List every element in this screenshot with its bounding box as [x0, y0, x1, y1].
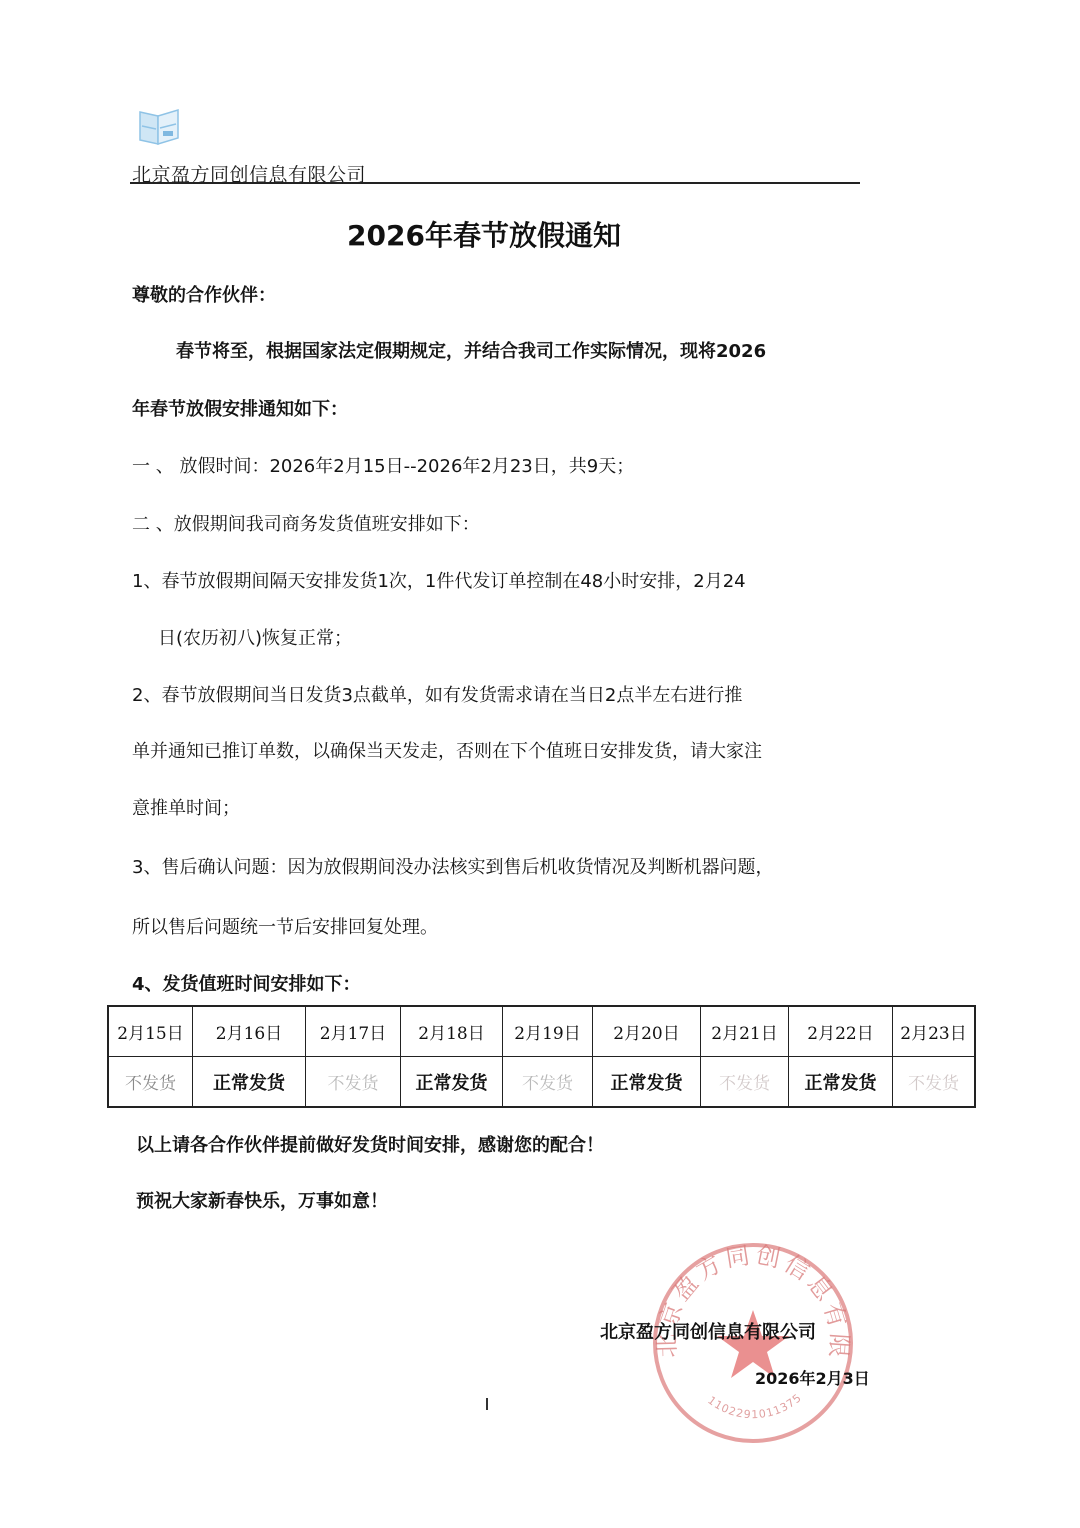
- table-status-cell: 不发货: [893, 1057, 974, 1106]
- table-date-cell: 2月17日: [306, 1007, 401, 1057]
- table-status-cell: 正常发货: [401, 1057, 503, 1106]
- table-date-cell: 2月19日: [503, 1007, 593, 1057]
- table-status-cell: 不发货: [503, 1057, 593, 1106]
- item-3-line-2: 所以售后问题统一节后安排回复处理。: [132, 913, 438, 939]
- signature-company: 北京盈方同创信息有限公司: [600, 1318, 816, 1344]
- table-date-cell: 2月21日: [701, 1007, 789, 1057]
- intro-line-2: 年春节放假安排通知如下：: [132, 395, 348, 421]
- table-date-cell: 2月15日: [109, 1007, 193, 1057]
- section-2-heading: 二 、放假期间我司商务发货值班安排如下：: [132, 510, 480, 536]
- table-date-cell: 2月18日: [401, 1007, 503, 1057]
- document-title: 2026年春节放假通知: [0, 214, 968, 254]
- item-2-line-2: 单并通知已推订单数，以确保当天发走，否则在下个值班日安排发货，请大家注: [132, 737, 762, 763]
- table-status-cell: 不发货: [701, 1057, 789, 1106]
- table-date-cell: 2月22日: [789, 1007, 893, 1057]
- table-status-cell: 正常发货: [193, 1057, 306, 1106]
- item-2-line-3: 意推单时间；: [132, 794, 240, 820]
- intro-line-1: 春节将至，根据国家法定假期规定，并结合我司工作实际情况，现将2026: [176, 337, 766, 363]
- table-status-cell: 正常发货: [789, 1057, 893, 1106]
- table-date-cell: 2月20日: [593, 1007, 701, 1057]
- table-status-cell: 不发货: [109, 1057, 193, 1106]
- table-status-cell: 不发货: [306, 1057, 401, 1106]
- item-3-line-1: 3、售后确认问题：因为放假期间没办法核实到售后机收货情况及判断机器问题，: [132, 853, 773, 879]
- item-1-line-2: 日(农历初八)恢复正常；: [158, 624, 352, 650]
- table-date-cell: 2月23日: [893, 1007, 974, 1057]
- table-status-cell: 正常发货: [593, 1057, 701, 1106]
- item-4-heading: 4、发货值班时间安排如下：: [132, 970, 361, 996]
- signature-date: 2026年2月3日: [755, 1366, 870, 1389]
- item-1-line-1: 1、春节放假期间隔天安排发货1次，1件代发订单控制在48小时安排，2月24: [132, 567, 746, 593]
- salutation: 尊敬的合作伙伴：: [132, 281, 276, 307]
- table-date-cell: 2月16日: [193, 1007, 306, 1057]
- company-logo-icon: [136, 104, 182, 150]
- section-1-holiday-period: 一 、 放假时间：2026年2月15日--2026年2月23日，共9天；: [132, 452, 634, 478]
- closing-line-2: 预祝大家新春快乐，万事如意！: [136, 1187, 388, 1213]
- shipping-schedule-table: 2月15日 2月16日 2月17日 2月18日 2月19日 2月20日 2月21…: [107, 1005, 976, 1108]
- page-number-mark: [486, 1398, 488, 1410]
- header-divider: [130, 182, 860, 184]
- closing-line-1: 以上请各合作伙伴提前做好发货时间安排，感谢您的配合！: [136, 1131, 604, 1157]
- item-2-line-1: 2、春节放假期间当日发货3点截单，如有发货需求请在当日2点半左右进行推: [132, 681, 742, 707]
